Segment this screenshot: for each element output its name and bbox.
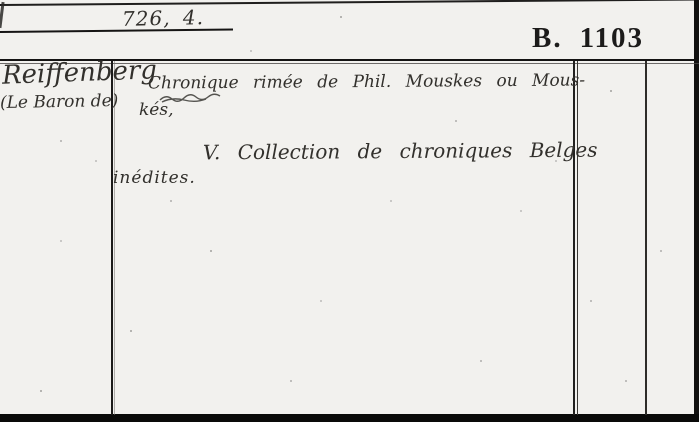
scan-bottom-edge [0, 414, 699, 422]
see-reference-line-1: V. Collection de chroniques Belges [203, 138, 598, 165]
scan-corner-smudge [0, 2, 5, 28]
shelf-mark-number: 1103 [580, 22, 644, 55]
scan-noise-speckles [0, 0, 2, 2]
catalog-card-scan: { "colors": { "paper": "#f2f1ee", "ink":… [0, 0, 699, 422]
strikeout-scribble-mark [158, 93, 222, 104]
author-column-divider-ghost [114, 61, 115, 415]
right-column-divider-inner [577, 61, 578, 415]
entry-title-line-1: Chronique rimée de Phil. Mouskes ou Mous… [148, 70, 585, 93]
shelf-mark-prefix: B. [532, 22, 563, 55]
author-column-divider [111, 61, 113, 415]
call-number: 726, 4. [122, 5, 204, 31]
author-name: Reiffenberg [2, 55, 158, 90]
call-number-underline [0, 29, 233, 33]
far-right-column-divider [645, 61, 647, 415]
right-column-divider-outer [573, 61, 575, 415]
card-top-border-rule [0, 0, 699, 6]
author-qualifier: (Le Baron de) [0, 91, 118, 113]
shelf-mark-stamp: B. 1103 [532, 22, 644, 55]
see-reference-line-2: inédites. [113, 168, 196, 188]
